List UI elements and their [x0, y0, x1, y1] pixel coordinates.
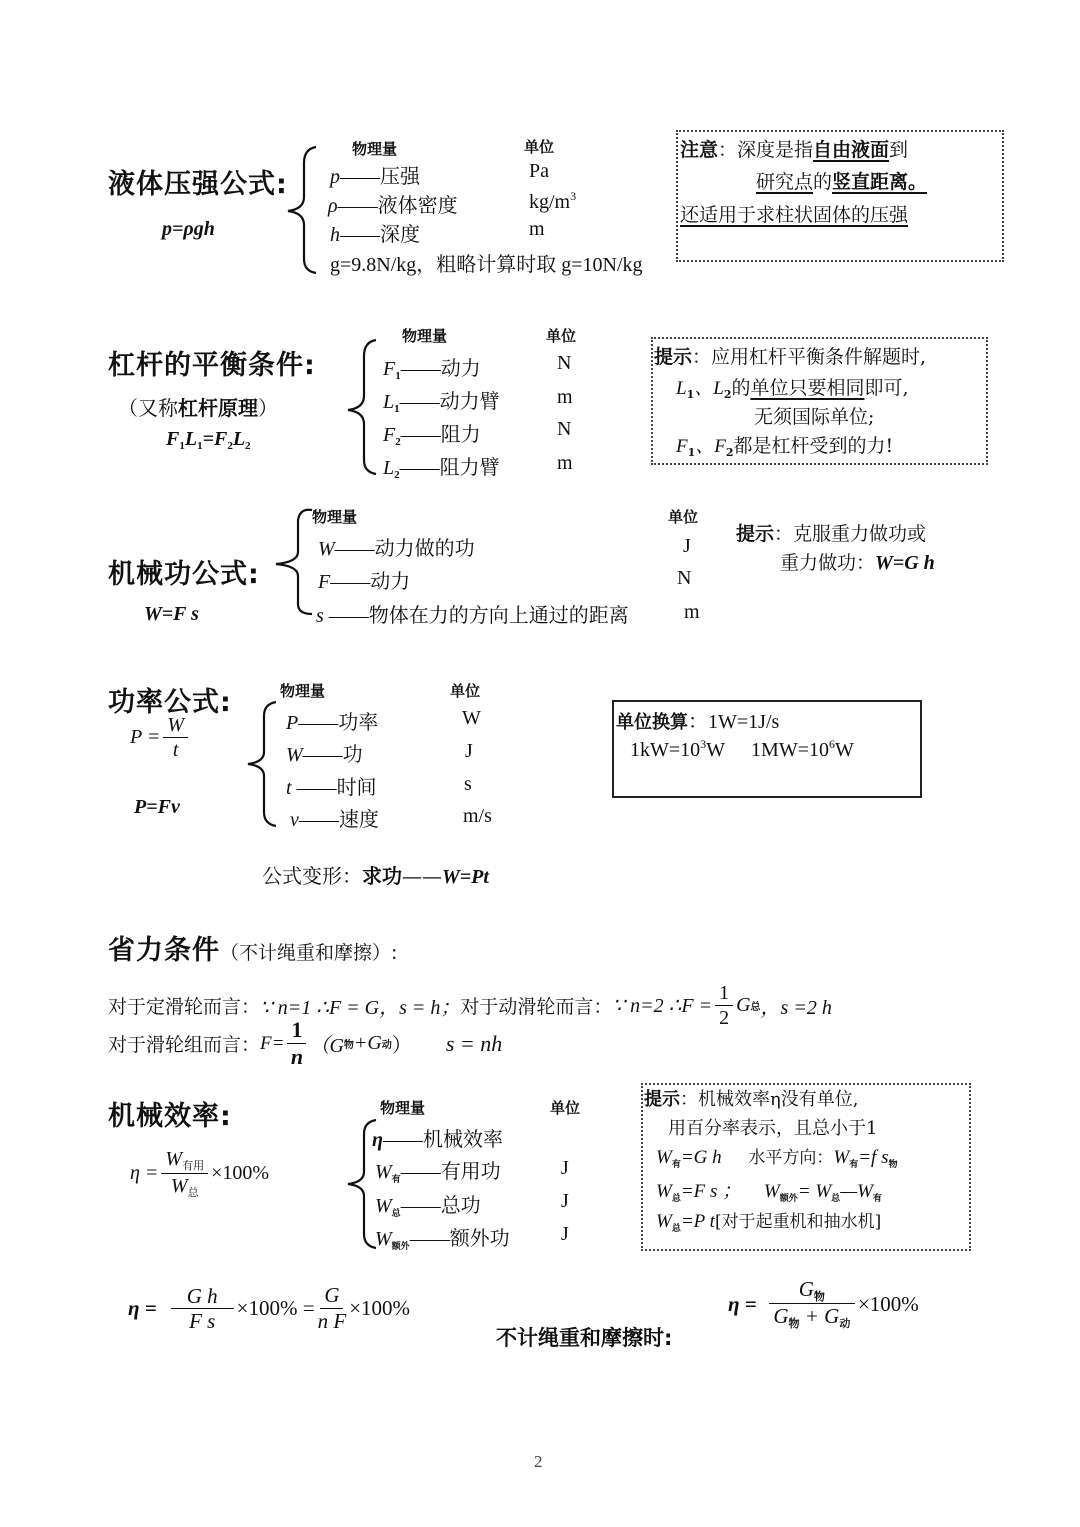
quantity-row: h——深度 [330, 218, 420, 247]
quantity-row: L1——动力臂 [383, 385, 500, 415]
left-brace-icon [242, 700, 282, 828]
unit-value: N [557, 418, 571, 441]
quantity-row: W——功 [286, 738, 363, 767]
tip-line: 提示：机械效率η没有单位, [644, 1085, 859, 1111]
quantity-row: t ——时间 [286, 771, 377, 800]
unit-value: m [557, 452, 573, 475]
section-title: 省力条件（不计绳重和摩擦）: [108, 928, 397, 967]
note-line: 注意：深度是指自由液面到 [680, 135, 908, 162]
unit-value: m/s [463, 805, 492, 828]
quantity-row: W有——有用功 [375, 1155, 501, 1185]
quantity-row: v——速度 [290, 803, 379, 832]
formula: p=ρgh [162, 218, 215, 241]
unit-value: J [561, 1157, 569, 1180]
tip-line: 重力做功：W=G h [780, 548, 935, 575]
section-title: 液体压强公式: [108, 162, 288, 201]
formula: W=F s [144, 603, 199, 626]
tip-line: 提示：克服重力做功或 [736, 519, 926, 546]
section-title: 机械效率: [108, 1094, 232, 1133]
unit-value: W [462, 707, 481, 730]
formula-efficiency-expanded: η = G hF s ×100% = Gn F ×100% [128, 1284, 410, 1333]
tip-line: 提示：应用杠杆平衡条件解题时, [654, 342, 926, 369]
page-number: 2 [534, 1452, 543, 1472]
column-header-quantity: 物理量 [352, 138, 397, 159]
section-title: 机械功公式: [108, 552, 260, 591]
left-brace-icon [272, 504, 316, 618]
tip-line: 无须国际单位; [754, 402, 874, 429]
formula: P=Fv [134, 796, 180, 819]
unit-value: m [557, 386, 573, 409]
quantity-row: W额外——额外功 [375, 1222, 510, 1252]
quantity-row: W——动力做的功 [318, 532, 475, 561]
formula: F1L1=F2L2 [166, 428, 251, 452]
unit-value: Pa [529, 160, 549, 183]
column-header-quantity: 物理量 [280, 680, 325, 701]
tip-line: L1、L2的单位只要相同即可, [676, 373, 909, 401]
left-brace-icon [282, 145, 322, 275]
tip-line: F1、F2都是杠杆受到的力! [676, 431, 893, 459]
unit-value: N [557, 352, 571, 375]
formula-efficiency-no-friction: η = G物 G物 + G动 ×100% [728, 1278, 919, 1330]
column-header-unit: 单位 [524, 136, 554, 157]
g-note: g=9.8N/kg，粗略计算时取 g=10N/kg [330, 248, 643, 277]
column-header-quantity: 物理量 [402, 325, 447, 346]
tip-line: W有=G h 水平方向：W有=f s物 [656, 1143, 898, 1170]
alias-text: （又称杠杆原理） [118, 392, 278, 421]
tip-line: W总=F s ； W额外= W总—W有 [656, 1176, 882, 1204]
column-header-unit: 单位 [550, 1097, 580, 1118]
quantity-row: p——压强 [330, 160, 420, 189]
unit-value: N [677, 567, 691, 590]
quantity-row: s ——物体在力的方向上通过的距离 [316, 599, 629, 628]
quantity-row: W总——总功 [375, 1189, 481, 1219]
pulley-block-line: 对于滑轮组而言： F= 1n （G物 +G动 ） s = nh [108, 1018, 502, 1069]
column-header-unit: 单位 [546, 325, 576, 346]
note-line: 研究点的竖直距离。 [756, 167, 927, 194]
quantity-row: P——功率 [286, 706, 378, 735]
tip-line: W总=P t[对于起重机和抽水机] [656, 1207, 881, 1234]
unit-value: m [529, 218, 545, 241]
conversion-line: 单位换算：1W=1J/s [616, 705, 779, 734]
quantity-row: η——机械效率 [372, 1123, 503, 1152]
section-title: 杠杆的平衡条件: [108, 343, 316, 382]
column-header-unit: 单位 [450, 680, 480, 701]
unit-value: J [561, 1223, 569, 1246]
quantity-row: F——动力 [318, 565, 410, 594]
unit-value: s [464, 773, 472, 796]
unit-value: kg/m3 [529, 189, 576, 214]
formula-efficiency: η = W有用W总 ×100% [130, 1148, 269, 1199]
unit-value: J [465, 740, 473, 763]
conversion-line: 1kW=103W1MW=106W [630, 737, 854, 762]
no-friction-label: 不计绳重和摩擦时: [496, 1322, 672, 1352]
note-line: 还适用于求柱状固体的压强 [680, 200, 908, 227]
quantity-row: F2——阻力 [383, 418, 481, 448]
quantity-row: F1——动力 [383, 352, 481, 382]
column-header-quantity: 物理量 [380, 1097, 425, 1118]
unit-value: m [684, 601, 700, 624]
column-header-unit: 单位 [668, 506, 698, 527]
unit-value: J [561, 1190, 569, 1213]
tip-line: 用百分率表示，且总小于1 [668, 1114, 877, 1140]
left-brace-icon [342, 338, 382, 478]
quantity-row: ρ——液体密度 [328, 189, 458, 218]
quantity-row: L2——阻力臂 [383, 451, 500, 481]
formula-transform: 公式变形：求功——W=Pt [262, 860, 489, 889]
unit-value: J [683, 535, 691, 558]
formula-power: P = Wt [130, 714, 191, 761]
column-header-quantity: 物理量 [312, 506, 357, 527]
